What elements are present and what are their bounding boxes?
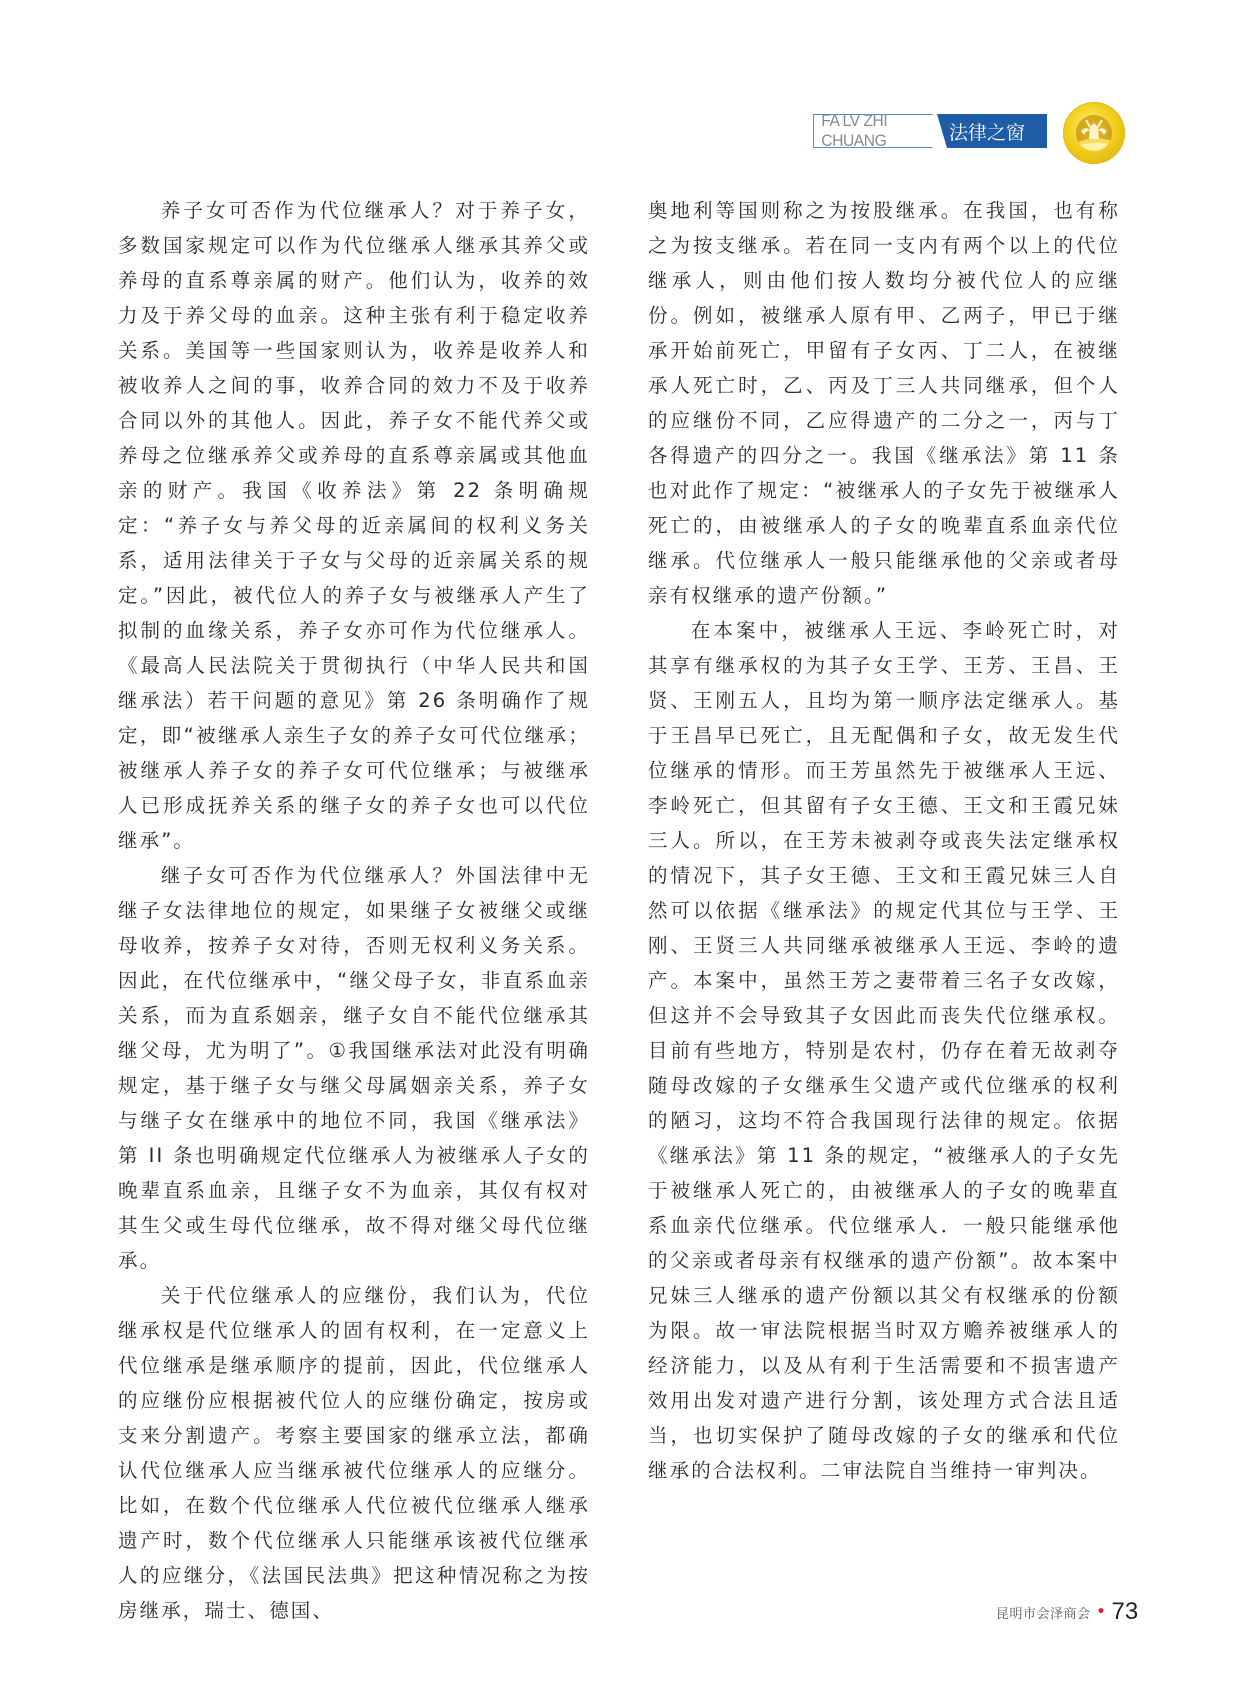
article-paragraph: 关于代位继承人的应继份，我们认为，代位继承权是代位继承人的固有权利，在一定意义上… — [118, 1278, 590, 1628]
article-column-left: 养子女可否作为代位继承人？对于养子女，多数国家规定可以作为代位继承人继承其养父或… — [118, 193, 590, 1628]
magazine-name: 昆明市会泽商会 — [996, 1603, 1091, 1622]
page-number: 73 — [1111, 1598, 1138, 1626]
section-header-badge: FA LV ZHI CHUANG 法律之窗 — [813, 114, 1047, 148]
footer-separator-dot: • — [1097, 1604, 1106, 1620]
article-column-right: 奥地利等国则称之为按股继承。在我国，也有称之为按支继承。若在同一支内有两个以上的… — [648, 193, 1120, 1488]
page-footer: 昆明市会泽商会 • 73 — [996, 1598, 1138, 1626]
emblem-figure-icon — [1076, 115, 1112, 151]
article-paragraph: 继子女可否作为代位继承人？外国法律中无继子女法律地位的规定，如果继子女被继父或继… — [118, 858, 590, 1278]
section-title-english: FA LV ZHI CHUANG — [813, 114, 933, 148]
article-paragraph: 在本案中，被继承人王远、李岭死亡时，对其享有继承权的为其子女王学、王芳、王昌、王… — [648, 613, 1120, 1488]
gold-emblem-icon — [1063, 102, 1125, 164]
section-title-chinese: 法律之窗 — [927, 114, 1047, 148]
article-paragraph-continued: 奥地利等国则称之为按股继承。在我国，也有称之为按支继承。若在同一支内有两个以上的… — [648, 193, 1120, 613]
article-paragraph: 养子女可否作为代位继承人？对于养子女，多数国家规定可以作为代位继承人继承其养父或… — [118, 193, 590, 858]
